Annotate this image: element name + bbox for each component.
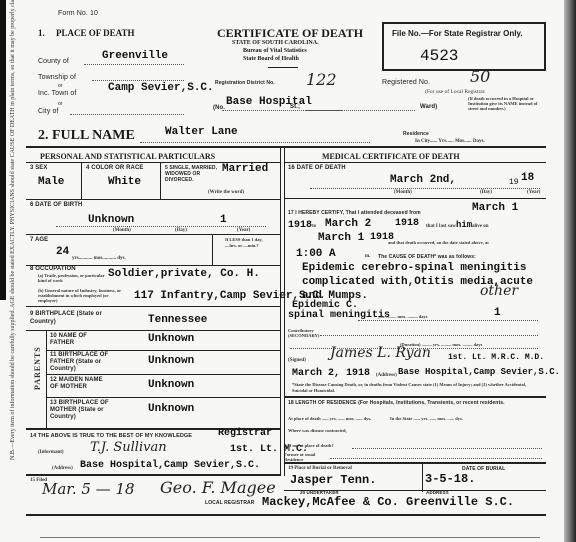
dob-year-value[interactable]: 1 [220, 214, 227, 226]
township-line[interactable] [92, 80, 184, 81]
attended-from[interactable]: March 1 [472, 202, 518, 214]
right-page-edge [564, 0, 576, 542]
rule [46, 330, 47, 428]
rule [212, 235, 213, 265]
father-birthplace-label: 11 BIRTHPLACE OF FATHER (State or Countr… [50, 352, 120, 373]
contributory-label: Contributory (SECONDARY) [288, 328, 338, 338]
state-name: STATE OF SOUTH CAROLINA. [232, 40, 319, 46]
board-name: State Board of Health [243, 56, 299, 62]
marital-note: (Write the word) [208, 190, 244, 195]
residence-length-label: 18 LENGTH OF RESIDENCE (For Hospitals, I… [288, 400, 543, 406]
county-value[interactable]: Greenville [102, 50, 168, 62]
father-birthplace-value[interactable]: Unknown [148, 355, 194, 367]
physician-signature[interactable]: James L. Ryan [330, 345, 431, 361]
address-label: (Address) [52, 466, 73, 471]
attended-to-year[interactable]: 1918 [395, 218, 419, 229]
column-divider-2 [284, 146, 285, 476]
sex-value[interactable]: Male [38, 176, 64, 188]
reg-district-value[interactable]: 122 [306, 70, 337, 89]
cause-footnote: *State the Disease Causing Death, or, in… [292, 382, 542, 394]
dod-day-caption: (Day) [480, 190, 492, 195]
physician-title: 1st. Lt. M.R.C. M.D. [448, 353, 544, 362]
left-binding-shadow [0, 0, 6, 300]
town-value[interactable]: Camp Sevier,S.C. [108, 82, 214, 94]
month-caption: (Month) [113, 228, 131, 233]
birthplace-label: 9 BIRTHPLACE (State or Country) [30, 310, 110, 326]
attended-to[interactable]: March 2 [325, 218, 371, 230]
undertaker-value[interactable]: Mackey,McAfee & Co. Greenville S.C. [262, 495, 514, 509]
year-caption: (Year) [237, 228, 250, 233]
age-units: yrs........... mos........... dys. [72, 256, 126, 261]
residence-sub: In City...... Yrs...... Mos...... Days. [415, 139, 485, 144]
full-name-label: 2. FULL NAME [38, 128, 135, 144]
signed-date[interactable]: March 2, 1918 [292, 368, 370, 379]
birthplace-value[interactable]: Tennessee [148, 314, 207, 326]
full-name-value[interactable]: Walter Lane [165, 126, 238, 138]
rule [284, 162, 546, 163]
rule [46, 350, 280, 351]
former-residence-label: Former or usual Residence [284, 452, 334, 462]
personal-heading: PERSONAL AND STATISTICAL PARTICULARS [40, 152, 215, 161]
contracted-line[interactable] [352, 448, 542, 449]
rule [26, 199, 280, 200]
marital-label: 5 SINGLE, MARRIED, WIDOWED OR DIVORCED. [165, 165, 225, 183]
or-label-2: or [58, 101, 63, 107]
last-saw-pronoun[interactable]: him [456, 220, 472, 230]
ward-label: Ward) [420, 104, 437, 110]
age-value[interactable]: 24 [56, 246, 69, 258]
rule [46, 397, 280, 398]
mother-birthplace-label: 13 BIRTHPLACE OF MOTHER (State or Countr… [50, 400, 120, 421]
in-state-label: In the State ...... yrs. ...... mos. ...… [390, 416, 540, 421]
mother-name-label: 12 MAIDEN NAME OF MOTHER [50, 377, 110, 391]
signed-label: (Signed) [288, 358, 306, 363]
day-caption: (Day) [175, 228, 187, 233]
ward-line[interactable] [305, 110, 415, 111]
rule [26, 306, 280, 307]
full-name-line [140, 142, 370, 143]
filed-date[interactable]: Mar. 5 — 18 [42, 480, 135, 498]
file-box-label: File No.—For State Registrar Only. [392, 29, 523, 38]
rule [284, 198, 546, 199]
rule [46, 374, 280, 375]
parents-label: PARENTS [33, 346, 42, 390]
signed-address-label: (Address) [376, 373, 397, 378]
duration-units: yrs. ......... mos. ......... days [378, 314, 428, 319]
city-line[interactable] [70, 114, 184, 115]
mother-birthplace-value[interactable]: Unknown [148, 403, 194, 415]
city-label: City of [38, 108, 59, 115]
rule [284, 396, 546, 398]
dod-year-prefix: 19 [509, 178, 519, 187]
rule [26, 234, 280, 235]
township-label: Township of [38, 74, 76, 81]
residence-label: Residence [403, 131, 429, 137]
occ-a-value[interactable]: Soldier,private, Co. H. [108, 268, 260, 280]
column-divider [280, 146, 281, 476]
dod-year[interactable]: 18 [521, 172, 534, 184]
dob-line [56, 226, 266, 227]
lower-edge-rule [40, 537, 540, 538]
dod-year-caption: (Year) [527, 190, 540, 195]
time-of-death[interactable]: 1:00 A [296, 248, 336, 260]
rule [26, 330, 280, 331]
rule [422, 464, 423, 492]
top-rule [26, 146, 546, 148]
less-than-day-note: If LESS than 1 day, ....hrs. or ....min.… [225, 237, 270, 249]
informant-label: (Informant) [38, 450, 64, 455]
local-registrar-label: LOCAL REGISTRAR [205, 500, 254, 506]
informant-title: Registrar [218, 428, 272, 439]
contracted-label: Where was disease contracted, [288, 428, 347, 433]
informant-statement: 14 THE ABOVE IS TRUE TO THE BEST OF MY K… [30, 433, 192, 439]
bureau-name: Bureau of Vital Statistics [243, 48, 307, 54]
to-label: to [312, 224, 316, 229]
bottom-rule [26, 514, 546, 516]
duration-line [358, 320, 538, 321]
informant-signature[interactable]: T.J. Sullivan [90, 440, 167, 455]
death-occurred-label: and that death occurred, on the date sta… [388, 240, 489, 245]
town-label: Inc. Town of [38, 90, 76, 97]
dod-month-caption: (Month) [394, 190, 412, 195]
alive-on-label: alive on [472, 224, 489, 229]
file-number-box: File No.—For State Registrar Only. 4523 [382, 22, 546, 71]
or-label: or [58, 83, 63, 89]
rule [81, 163, 82, 199]
dod-value[interactable]: March 2nd, [390, 174, 456, 186]
age-label: 7 AGE [30, 237, 48, 243]
county-label: County of [38, 58, 69, 65]
medical-heading: MEDICAL CERTIFICATE OF DEATH [322, 152, 460, 161]
if-not-label: If not at place of death? [288, 443, 334, 448]
dod-line [310, 188, 540, 189]
local-registrar-note: (For use of Local Registrar. [425, 89, 486, 95]
registrar-signature[interactable]: Geo. F. Magee [160, 478, 276, 497]
mother-name-value[interactable]: Unknown [148, 379, 194, 391]
county-line [84, 64, 184, 65]
rule [160, 163, 161, 199]
reg-district-label: Registration District No. [215, 80, 275, 86]
place-of-death-heading: 1. PLACE OF DEATH [38, 28, 135, 38]
duration-days[interactable]: 1 [494, 307, 501, 319]
marital-value[interactable]: Married [222, 163, 268, 175]
occ-b-label: (b) General nature of Industry, business… [38, 288, 128, 303]
certify-label: 17 I HEREBY CERTIFY, That I attended dec… [288, 210, 421, 216]
at-place-label: At place of death ...... yrs. ...... mos… [288, 416, 378, 421]
hospital-note: (If death occurred in a Hospital or Inst… [468, 96, 544, 111]
contributory-line[interactable] [320, 335, 538, 336]
burial-place-label: 19 Place of Burial or Removal [288, 466, 352, 471]
form-number: Form No. 10 [58, 10, 98, 17]
registered-no-value[interactable]: 50 [470, 67, 490, 86]
margin-instructions: N.B.—Every item of information should be… [10, 20, 16, 460]
signed-address[interactable]: Base Hospital,Camp Sevier,S.C. [398, 367, 560, 377]
cause-label: The CAUSE OF DEATH* was as follows: [378, 254, 476, 260]
former-residence-line[interactable] [330, 458, 542, 459]
rule [284, 462, 546, 464]
occupation-label: 8 OCCUPATION [30, 266, 76, 272]
race-value[interactable]: White [108, 176, 141, 188]
certificate-title: CERTIFICATE OF DEATH [217, 26, 363, 41]
last-saw-label: that I last saw [426, 224, 456, 229]
father-name-label: 10 NAME OF FATHER [50, 333, 110, 347]
dob-label: 6 DATE OF BIRTH [30, 202, 82, 208]
sex-label: 3 SEX [30, 165, 48, 171]
st-label: St.; [290, 104, 300, 110]
dod-label: 16 DATE OF DEATH [288, 165, 346, 171]
race-label: 4 COLOR OR RACE [86, 165, 144, 171]
burial-date[interactable]: 3-5-18. [425, 472, 475, 486]
occ-a-label: (a) Trade, profession, or particular kin… [38, 273, 106, 283]
alive-on[interactable]: March 1 [318, 232, 364, 244]
father-name-value[interactable]: Unknown [148, 333, 194, 345]
cause-line-1[interactable]: Epidemic cerebro-spinal meningitis [302, 262, 526, 274]
rule [26, 474, 280, 476]
header-rule [268, 67, 298, 68]
dob-month-value[interactable]: Unknown [88, 214, 134, 226]
registered-no-label: Registered No. [382, 79, 430, 86]
attended-from-year[interactable]: 1918 [288, 220, 312, 231]
time-suffix: m. [365, 254, 370, 259]
informant-address[interactable]: Base Hospital,Camp Sevier,S.C. [80, 460, 260, 471]
other-annotation: other [480, 283, 518, 299]
burial-place[interactable]: Jasper Tenn. [290, 473, 376, 487]
file-number: 4523 [420, 47, 458, 65]
